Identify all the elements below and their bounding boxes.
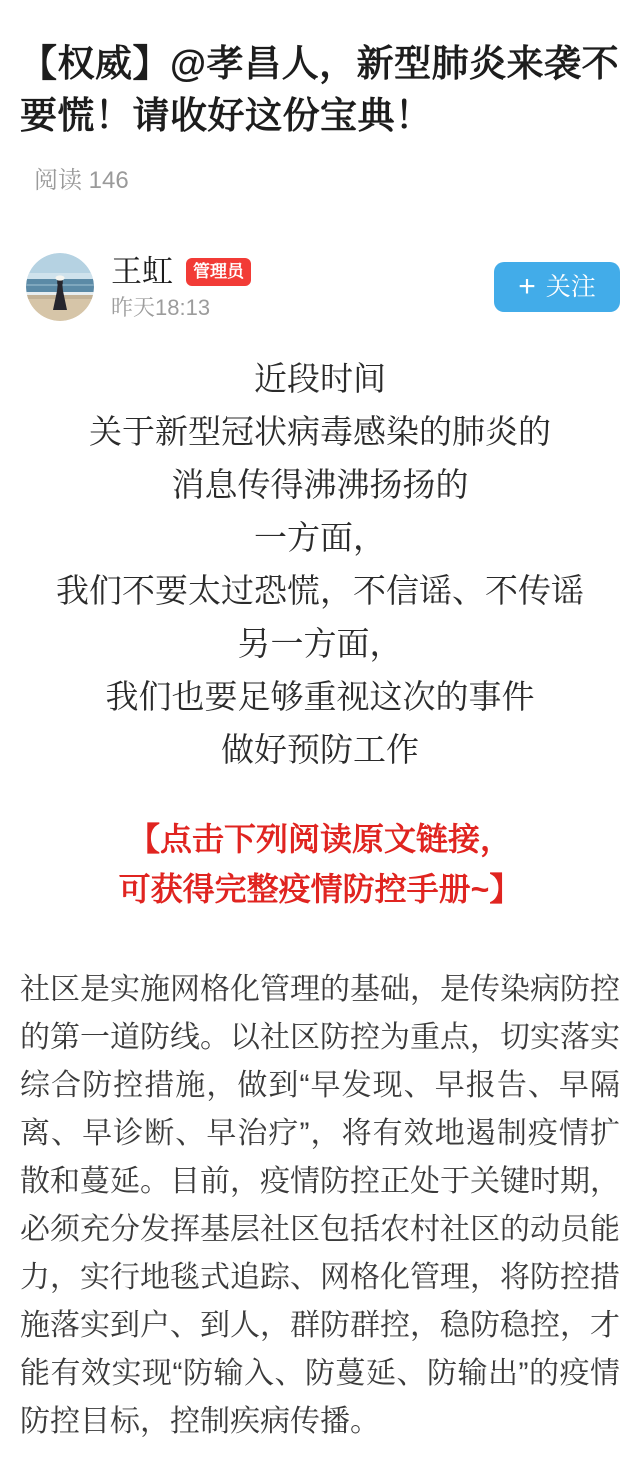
author-row: 王虹 管理员 昨天18:13 + 关注 [20,252,620,322]
author-name[interactable]: 王虹 [111,255,173,289]
post-body-centered: 近段时间关于新型冠状病毒感染的肺炎的消息传得沸沸扬扬的一方面，我们不要太过恐慌，… [20,352,620,776]
text-line: 要慌！请收好这份宝典！ [20,90,620,142]
plus-icon: + [518,272,536,302]
text-line: 近段时间 [20,352,620,405]
text-line: 关于新型冠状病毒感染的肺炎的 [20,405,620,458]
follow-button-label: 关注 [546,273,596,301]
follow-button[interactable]: + 关注 [494,262,620,312]
text-line: 我们也要足够重视这次的事件 [20,670,620,723]
author-avatar[interactable] [26,253,94,321]
text-line: 【点击下列阅读原文链接， [20,814,620,864]
author-meta: 王虹 管理员 昨天18:13 [111,255,251,320]
article-page: 【权威】@孝昌人，新型肺炎来袭不要慌！请收好这份宝典！ 阅读 146 [0,0,640,1469]
text-line: 一方面， [20,511,620,564]
text-line: 另一方面， [20,617,620,670]
text-line: 我们不要太过恐慌，不信谣、不传谣 [20,564,620,617]
post-timestamp: 昨天18:13 [111,296,251,320]
text-line: 可获得完整疫情防控手册~】 [20,864,620,914]
read-count: 阅读 146 [34,168,620,194]
admin-badge: 管理员 [186,258,251,286]
beach-avatar-image [26,253,94,321]
highlight-notice: 【点击下列阅读原文链接，可获得完整疫情防控手册~】 [20,814,620,914]
post-body-paragraph: 社区是实施网格化管理的基础，是传染病防控的第一道防线。以社区防控为重点，切实落实… [20,966,620,1446]
post-title: 【权威】@孝昌人，新型肺炎来袭不要慌！请收好这份宝典！ [20,38,620,142]
text-line: 【权威】@孝昌人，新型肺炎来袭不 [20,38,620,90]
text-line: 消息传得沸沸扬扬的 [20,458,620,511]
text-line: 做好预防工作 [20,723,620,776]
